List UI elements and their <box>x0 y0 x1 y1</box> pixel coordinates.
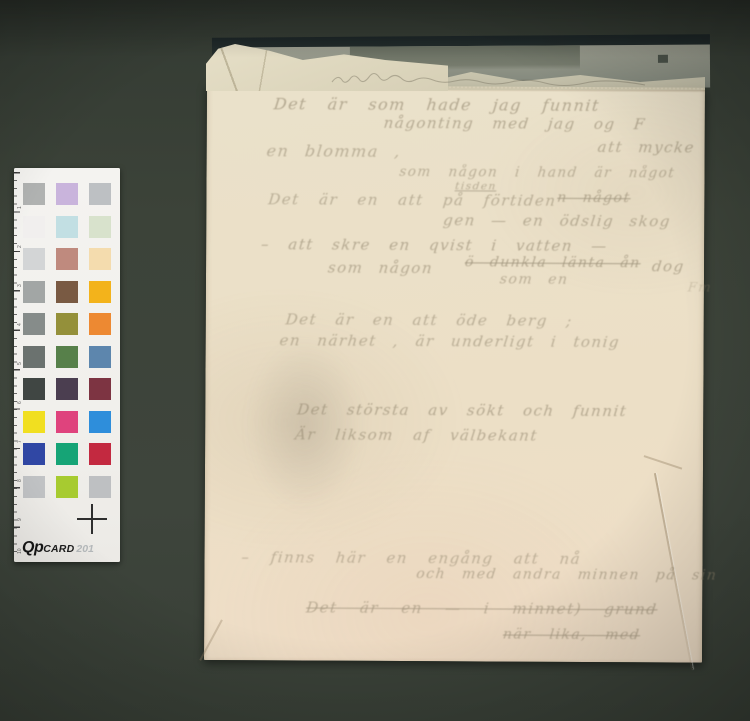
handwriting-line: som en <box>499 272 569 288</box>
crease-bottom-right-small <box>644 455 682 469</box>
handwriting-line: som någon i hand är något <box>399 164 677 181</box>
stub-scribble-marks <box>330 70 660 88</box>
handwriting-line: Det är en att på förtiden <box>267 190 557 209</box>
color-swatch <box>23 411 45 433</box>
handwriting-line: dog <box>651 257 686 275</box>
qpcard-logo-brand: Qp <box>22 539 43 556</box>
color-swatch <box>23 476 45 498</box>
color-swatch <box>56 443 78 465</box>
color-swatch <box>23 183 45 205</box>
color-swatch <box>56 346 78 368</box>
handwriting-faint: Fm <box>687 281 713 296</box>
qpcard-logo-card: CARD <box>43 543 74 555</box>
color-swatch <box>89 378 111 400</box>
handwriting-line: – att skre en qvist i vatten — <box>260 235 609 255</box>
handwriting-insertion: tisden <box>454 180 497 192</box>
handwriting-line: – finns här en engång att nå <box>240 548 582 568</box>
color-swatch <box>23 378 45 400</box>
color-swatch <box>89 443 111 465</box>
color-swatch <box>89 411 111 433</box>
ruler-number: 9 <box>17 513 23 521</box>
handwriting-struck: när lika, med <box>502 627 641 644</box>
color-swatch <box>56 183 78 205</box>
color-swatch <box>56 216 78 238</box>
color-swatch <box>89 313 111 335</box>
handwriting-line: någonting med jag og F <box>383 114 647 133</box>
archival-photo-scene: Det är som hade jag funnit någonting med… <box>0 0 750 721</box>
ruler-scale: 1 2 3 4 5 6 7 8 9 10 <box>14 172 22 558</box>
color-swatch <box>89 216 111 238</box>
qpcard-logo-model: 201 <box>76 543 94 555</box>
handwriting-struck: n något <box>556 190 631 206</box>
backing-sheet-nick <box>658 55 668 63</box>
color-swatch <box>89 281 111 303</box>
handwriting-line: en blomma , <box>266 141 403 161</box>
color-swatch <box>23 313 45 335</box>
color-swatch <box>23 346 45 368</box>
qpcard-logo: QpCARD201 <box>22 540 94 556</box>
handwriting-struck: Det är en — i minnet) grund <box>305 599 658 619</box>
color-swatch <box>56 248 78 270</box>
handwriting-struck: ö dunkla länta ån <box>464 254 642 271</box>
color-swatch <box>56 378 78 400</box>
color-swatch-grid <box>23 183 111 498</box>
color-swatch <box>23 281 45 303</box>
color-swatch <box>89 476 111 498</box>
handwriting-line: Är liksom af välbekant <box>294 425 539 444</box>
color-swatch <box>23 248 45 270</box>
registration-cross-icon <box>77 504 107 534</box>
handwriting-line: Det är som hade jag funnit <box>273 94 601 115</box>
crease-bottom-left <box>199 619 222 660</box>
manuscript-page: Det är som hade jag funnit någonting med… <box>204 85 705 663</box>
color-swatch <box>56 313 78 335</box>
handwriting-line: Det är en att öde berg ; <box>285 310 574 329</box>
color-swatch <box>56 411 78 433</box>
color-swatch <box>89 248 111 270</box>
handwriting-line: att mycke <box>597 138 696 156</box>
qpcard-color-card: 1 2 3 4 5 6 7 8 9 10 <box>14 168 120 562</box>
color-swatch <box>89 346 111 368</box>
handwriting-line: och med andra minnen på sin <box>415 566 718 584</box>
color-swatch <box>23 443 45 465</box>
handwriting-line: en närhet , är underligt i tonig <box>279 331 621 351</box>
color-swatch <box>56 281 78 303</box>
handwriting-line: gen — en ödslig skog <box>442 211 672 230</box>
color-swatch <box>89 183 111 205</box>
color-swatch <box>56 476 78 498</box>
handwriting-line: Det största av sökt och funnit <box>296 400 628 420</box>
color-swatch <box>23 216 45 238</box>
handwriting-line: som någon <box>327 259 434 278</box>
